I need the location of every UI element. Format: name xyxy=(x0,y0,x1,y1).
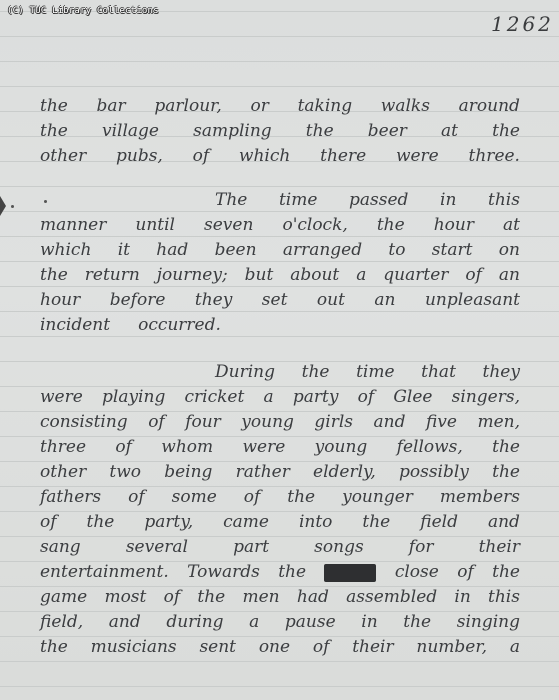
word: pubs, xyxy=(116,146,163,166)
word: taking xyxy=(298,96,353,116)
word: for xyxy=(409,537,434,557)
word: parlour, xyxy=(154,96,221,116)
word: came xyxy=(223,512,269,532)
word: the xyxy=(287,487,315,507)
text-line: thevillagesamplingthebeeratthe xyxy=(40,121,520,141)
word: a xyxy=(356,265,366,285)
text-line: thereturnjourney;butaboutaquarterofan xyxy=(40,265,520,285)
word: girls xyxy=(314,412,353,432)
word: three. xyxy=(469,146,520,166)
text-line: hourbeforetheysetoutanunpleasant xyxy=(40,290,520,310)
word: musicians xyxy=(91,637,177,657)
word: o'clock, xyxy=(282,215,347,235)
word: had xyxy=(156,240,188,260)
word: members xyxy=(440,487,520,507)
word: village xyxy=(102,121,159,141)
word: before xyxy=(110,290,166,310)
word: a xyxy=(264,387,274,407)
word: manner xyxy=(40,215,106,235)
word: start xyxy=(432,240,473,260)
word: assembled xyxy=(346,587,437,607)
word: songs xyxy=(314,537,364,557)
word: they xyxy=(483,362,520,382)
word: one xyxy=(259,637,290,657)
word: the xyxy=(40,121,68,141)
word: an xyxy=(499,265,520,285)
word: there xyxy=(320,146,366,166)
word: the xyxy=(403,612,431,632)
word: the xyxy=(492,562,520,582)
word: and xyxy=(374,412,406,432)
word: several xyxy=(126,537,188,557)
word: or xyxy=(251,96,269,116)
word: their xyxy=(479,537,520,557)
word: of xyxy=(148,412,165,432)
word: unpleasant xyxy=(425,290,520,310)
word: beer xyxy=(368,121,407,141)
word: the xyxy=(278,562,306,582)
word: other xyxy=(40,462,86,482)
word: fathers xyxy=(40,487,101,507)
text-line: otherpubs,ofwhichtherewerethree. xyxy=(40,146,520,166)
word: of xyxy=(40,512,57,532)
word: walks xyxy=(381,96,430,116)
text-line: gamemostofthemenhadassembledinthis xyxy=(40,587,520,607)
text-line: othertwobeingratherelderly,possiblythe xyxy=(40,462,520,482)
word: singers, xyxy=(452,387,520,407)
word: time xyxy=(356,362,394,382)
word: the xyxy=(40,96,68,116)
word: playing xyxy=(102,387,165,407)
word: young xyxy=(315,437,368,457)
margin-mark xyxy=(0,196,6,216)
word: the xyxy=(197,587,225,607)
word: which xyxy=(40,240,91,260)
word: at xyxy=(441,121,458,141)
word: number, xyxy=(416,637,487,657)
word: that xyxy=(421,362,456,382)
word: party xyxy=(293,387,339,407)
word: into xyxy=(299,512,332,532)
text-line: manneruntilseveno'clock,thehourat xyxy=(40,215,520,235)
word: on xyxy=(499,240,520,260)
word: in xyxy=(440,190,456,210)
word: and xyxy=(109,612,141,632)
word: possibly xyxy=(399,462,469,482)
word: rather xyxy=(236,462,290,482)
word: this xyxy=(488,587,520,607)
text-line: themusicianssentoneoftheirnumber,a xyxy=(40,637,520,657)
word: the xyxy=(87,512,115,532)
text-line: sangseveralpartsongsfortheir xyxy=(40,537,520,557)
word: of xyxy=(115,437,132,457)
word: this xyxy=(488,190,520,210)
word: five xyxy=(426,412,457,432)
word: of xyxy=(164,587,181,607)
word: it xyxy=(118,240,130,260)
word: were xyxy=(243,437,286,457)
word: of xyxy=(313,637,330,657)
word: of xyxy=(244,487,261,507)
word: being xyxy=(164,462,212,482)
text-line: wereplayingcricketapartyofGleesingers, xyxy=(40,387,520,407)
word: they xyxy=(195,290,232,310)
word: most xyxy=(104,587,146,607)
word: sang xyxy=(40,537,81,557)
word: the xyxy=(492,121,520,141)
word: passed xyxy=(349,190,408,210)
word: journey; xyxy=(157,265,228,285)
word: during xyxy=(166,612,223,632)
text-line: field,andduringapauseinthesinging xyxy=(40,612,520,632)
word: return xyxy=(85,265,140,285)
word: their xyxy=(352,637,393,657)
word: at xyxy=(503,215,520,235)
word: of xyxy=(193,146,210,166)
word: had xyxy=(297,587,329,607)
word: the xyxy=(492,437,520,457)
text-line: whichithadbeenarrangedtostarton xyxy=(40,240,520,260)
word: entertainment. xyxy=(40,562,169,582)
word: the xyxy=(492,462,520,482)
word: around xyxy=(459,96,520,116)
word: sampling xyxy=(193,121,272,141)
word: whom xyxy=(161,437,213,457)
word: set xyxy=(262,290,288,310)
copyright-watermark: (C) TUC Library Collections xyxy=(7,6,159,16)
word: younger xyxy=(342,487,413,507)
word: arranged xyxy=(283,240,362,260)
word: young xyxy=(241,412,294,432)
text-line: entertainment.Towardsthecloseofthe xyxy=(40,562,520,582)
word: consisting xyxy=(40,412,128,432)
word: sent xyxy=(199,637,236,657)
word: close xyxy=(395,562,439,582)
word: The xyxy=(215,190,247,210)
word: hour xyxy=(434,215,474,235)
word: and xyxy=(488,512,520,532)
word: Towards xyxy=(187,562,260,582)
word: some xyxy=(172,487,217,507)
word: four xyxy=(185,412,221,432)
word: the xyxy=(306,121,334,141)
word: of xyxy=(128,487,145,507)
word: hour xyxy=(40,290,80,310)
word: men, xyxy=(477,412,520,432)
word: about xyxy=(290,265,339,285)
word: of xyxy=(457,562,474,582)
word: a xyxy=(510,637,520,657)
word: the xyxy=(40,637,68,657)
word: singing xyxy=(457,612,520,632)
word: occurred. xyxy=(138,315,221,335)
word: the xyxy=(40,265,68,285)
word: of xyxy=(465,265,482,285)
manuscript-page: (C) TUC Library Collections 1262 thebarp… xyxy=(0,0,559,700)
word: two xyxy=(109,462,141,482)
text-line: Duringthetimethatthey xyxy=(40,362,520,382)
text-line: consistingoffouryounggirlsandfivemen, xyxy=(40,412,520,432)
word: an xyxy=(374,290,395,310)
word: were xyxy=(40,387,83,407)
word: time xyxy=(279,190,317,210)
word: out xyxy=(317,290,345,310)
word: game xyxy=(40,587,87,607)
text-line: oftheparty,cameintothefieldand xyxy=(40,512,520,532)
word: a xyxy=(249,612,259,632)
word: men xyxy=(243,587,280,607)
text-line: incidentoccurred. xyxy=(40,315,520,335)
redaction-block xyxy=(324,564,376,582)
word: which xyxy=(239,146,290,166)
word: pause xyxy=(285,612,336,632)
word: elderly, xyxy=(313,462,376,482)
word: fellows, xyxy=(397,437,463,457)
word: three xyxy=(40,437,86,457)
word: of xyxy=(358,387,375,407)
word: were xyxy=(396,146,439,166)
word: Glee xyxy=(393,387,432,407)
word: part xyxy=(233,537,269,557)
word: During xyxy=(215,362,275,382)
word: incident xyxy=(40,315,110,335)
text-line: fathersofsomeoftheyoungermembers xyxy=(40,487,520,507)
text-line: threeofwhomwereyoungfellows,the xyxy=(40,437,520,457)
word: seven xyxy=(204,215,253,235)
word: field, xyxy=(40,612,83,632)
word: field xyxy=(420,512,458,532)
word: quarter xyxy=(383,265,448,285)
margin-dot xyxy=(11,205,14,208)
word: party, xyxy=(144,512,193,532)
word: in xyxy=(454,587,470,607)
word: bar xyxy=(97,96,126,116)
word: cricket xyxy=(185,387,245,407)
page-number: 1262 xyxy=(491,12,554,36)
word: the xyxy=(377,215,405,235)
word: other xyxy=(40,146,86,166)
word: the xyxy=(302,362,330,382)
text-line: thebarparlour,ortakingwalksaround xyxy=(40,96,520,116)
word: been xyxy=(215,240,257,260)
word: the xyxy=(362,512,390,532)
word: to xyxy=(388,240,405,260)
text-line: Thetimepassedinthis xyxy=(40,190,520,210)
word: in xyxy=(361,612,377,632)
word: until xyxy=(135,215,175,235)
word: but xyxy=(245,265,274,285)
